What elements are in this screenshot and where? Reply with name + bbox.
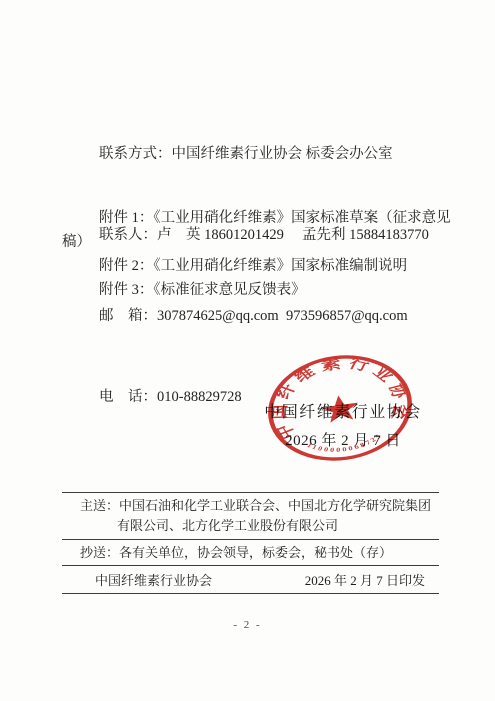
copy-recipients-row: 抄送：各有关单位，协会领导，标委会，秘书处（存）	[62, 539, 439, 565]
attachments-block: 附件 1：《工业用硝化纤维素》国家标准草案（征求意见 稿） 附件 2：《工业用硝…	[62, 206, 451, 302]
attachment-3-line: 附件 3：《标准征求意见反馈表》	[62, 278, 451, 302]
main-recipients-line1: 中国石油和化学工业联合会、中国北方化学研究院集团	[119, 498, 431, 513]
attachment-2-line: 附件 2：《工业用硝化纤维素》国家标准编制说明	[62, 254, 451, 278]
issuer-name: 中国纤维素行业协会	[95, 570, 212, 589]
document-page: 联系方式：中国纤维素行业协会 标委会办公室 联系人：卢 英 1860120142…	[0, 0, 495, 701]
copy-recipients-text: 各有关单位，协会领导，标委会，秘书处（存）	[119, 545, 392, 560]
main-recipients-label: 主送：	[80, 498, 119, 513]
signature-date: 2026 年 2 月 7 日	[245, 429, 441, 450]
attachment-1-line: 附件 1：《工业用硝化纤维素》国家标准草案（征求意见	[62, 206, 451, 230]
issue-date: 2026 年 2 月 7 日印发	[305, 570, 425, 589]
main-recipients-line2: 有限公司、北方化学工业股份有限公司	[117, 516, 433, 536]
page-number: - 2 -	[0, 619, 495, 631]
contact-method-line: 联系方式：中国纤维素行业协会 标委会办公室	[62, 141, 445, 168]
contact-email-line: 邮 箱：307874625@qq.com 973596857@qq.com	[62, 303, 445, 330]
distribution-table: 主送：中国石油和化学工业联合会、中国北方化学研究院集团 有限公司、北方化学工业股…	[62, 492, 439, 594]
issuer-row: 中国纤维素行业协会 2026 年 2 月 7 日印发	[62, 565, 439, 594]
signature-organization: 中国纤维素行业协会	[245, 399, 441, 422]
copy-recipients-label: 抄送：	[80, 545, 119, 560]
attachment-1-continuation: 稿）	[62, 230, 451, 254]
main-recipients-row: 主送：中国石油和化学工业联合会、中国北方化学研究院集团 有限公司、北方化学工业股…	[62, 492, 439, 539]
signature-block: 中国纤维素行业协会 2026 年 2 月 7 日	[245, 399, 441, 450]
